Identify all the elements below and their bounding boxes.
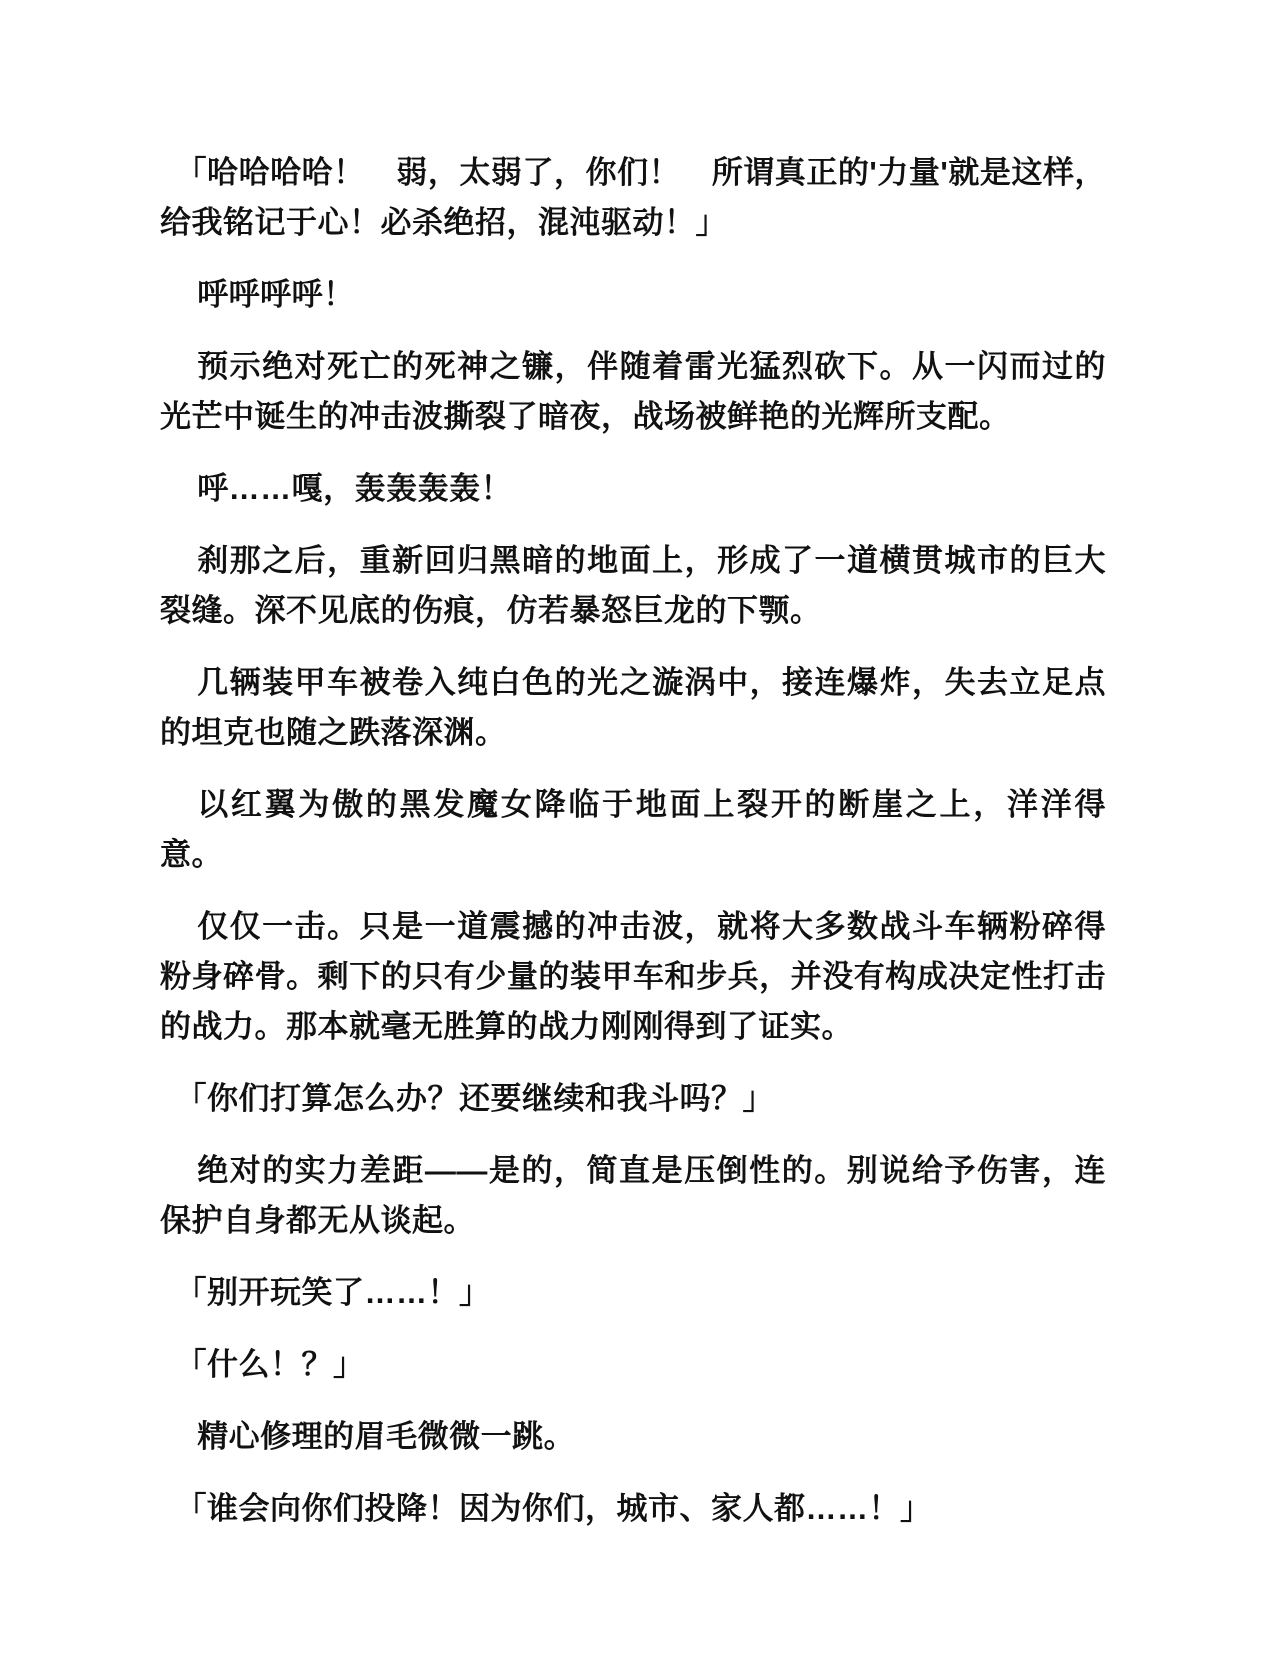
paragraph-11: 「别开玩笑了……！」 (160, 1268, 1106, 1318)
paragraph-6: 几辆装甲车被卷入纯白色的光之漩涡中，接连爆炸，失去立足点的坦克也随之跌落深渊。 (160, 658, 1106, 758)
paragraph-8: 仅仅一击。只是一道震撼的冲击波，就将大多数战斗车辆粉碎得粉身碎骨。剩下的只有少量… (160, 902, 1106, 1052)
paragraph-2: 呼呼呼呼！ (160, 270, 1106, 320)
paragraph-3: 预示绝对死亡的死神之镰，伴随着雷光猛烈砍下。从一闪而过的光芒中诞生的冲击波撕裂了… (160, 342, 1106, 442)
paragraph-7: 以红翼为傲的黑发魔女降临于地面上裂开的断崖之上，洋洋得意。 (160, 780, 1106, 880)
paragraph-14: 「谁会向你们投降！因为你们，城市、家人都……！」 (160, 1484, 1106, 1534)
paragraph-1: 「哈哈哈哈！ 弱，太弱了，你们！ 所谓真正的'力量'就是这样，给我铭记于心！必杀… (160, 148, 1106, 248)
paragraph-9: 「你们打算怎么办？还要继续和我斗吗？」 (160, 1074, 1106, 1124)
paragraph-13: 精心修理的眉毛微微一跳。 (160, 1412, 1106, 1462)
paragraph-5: 刹那之后，重新回归黑暗的地面上，形成了一道横贯城市的巨大裂缝。深不见底的伤痕，仿… (160, 536, 1106, 636)
document-content: 「哈哈哈哈！ 弱，太弱了，你们！ 所谓真正的'力量'就是这样，给我铭记于心！必杀… (160, 148, 1106, 1556)
paragraph-4: 呼……嘎，轰轰轰轰！ (160, 464, 1106, 514)
document-page: 「哈哈哈哈！ 弱，太弱了，你们！ 所谓真正的'力量'就是这样，给我铭记于心！必杀… (0, 0, 1280, 1656)
paragraph-10: 绝对的实力差距——是的，简直是压倒性的。别说给予伤害，连保护自身都无从谈起。 (160, 1146, 1106, 1246)
paragraph-12: 「什么！？」 (160, 1340, 1106, 1390)
